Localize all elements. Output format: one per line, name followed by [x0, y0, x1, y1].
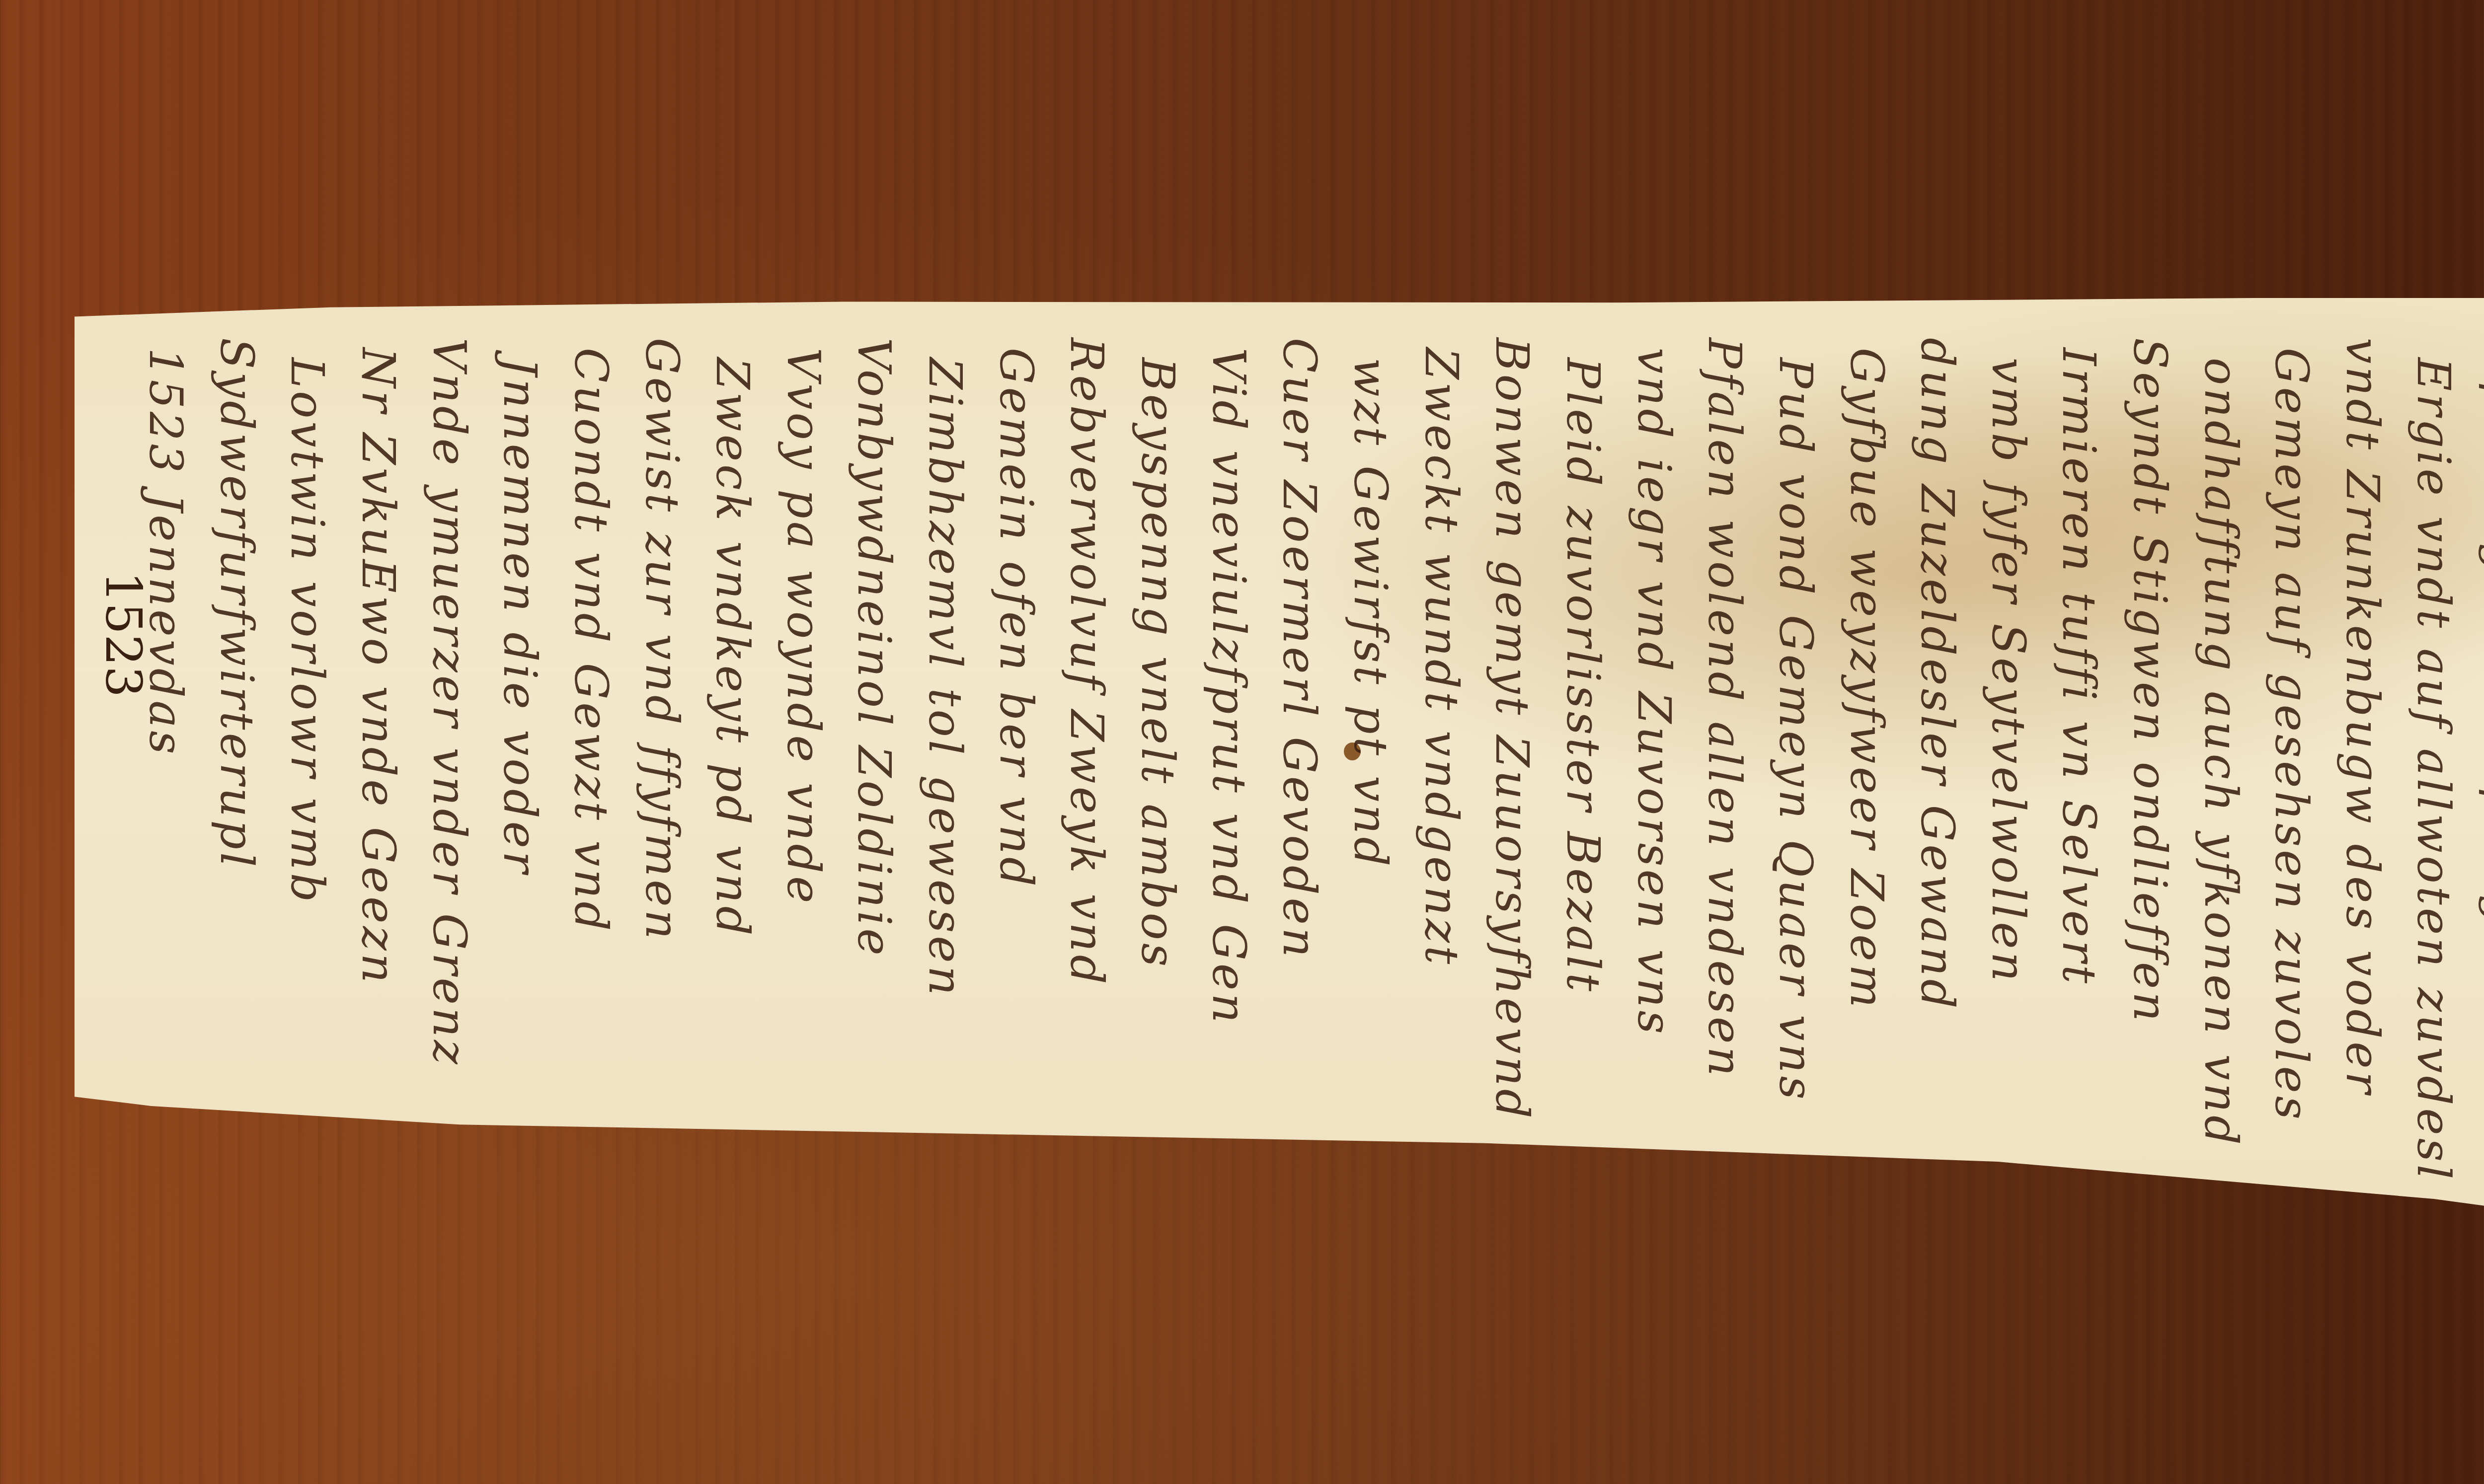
- manuscript-line: Vid vneviulzfprut vnd Gen: [1202, 348, 1255, 1026]
- manuscript-line: Pud vond Gemeyn Quaer vns: [1769, 358, 1822, 1103]
- manuscript-line: Beyspenng vnelt ambos: [1131, 358, 1184, 969]
- manuscript-line: dung Zuzeldesler Gewand: [1911, 338, 1964, 1011]
- manuscript-line: Gemeyn auf gesehsen zuvoles: [2265, 348, 2318, 1122]
- manuscript-line: Nr ZvkuEwo vnde Geezn: [352, 348, 405, 986]
- manuscript-line: 1523 Jennevdas: [139, 348, 192, 757]
- manuscript-line: Seyndt Stigwen ondlieffen: [2123, 338, 2176, 1024]
- manuscript-line: vnd iegr vnd Zuvorsen vns: [1628, 348, 1681, 1037]
- manuscript-line: Vnde ymuerzer vnder Grenz: [423, 338, 476, 1067]
- manuscript-line: Cuer Zoermerl Gevoden: [1273, 338, 1326, 960]
- manuscript-line: Cuondt vnd Gewzt vnd: [564, 348, 618, 934]
- manuscript-line: Zweckt wundt vndgenzt: [1415, 348, 1468, 967]
- manuscript-line: Irmieren tuffi vn Selvert: [2052, 348, 2105, 986]
- manuscript-line: Speltir gumerz Spring or vnd: [2478, 348, 2484, 1111]
- manuscript-line: Sydwerfurfwirterupl: [210, 338, 263, 870]
- manuscript-line: ondhafftung auch yfkonen vnd: [2194, 358, 2248, 1148]
- manuscript-line: vndt Zrunkenbugw des voder: [2336, 338, 2389, 1097]
- manuscript-line: Lovtwin vorlowr vmb: [281, 358, 334, 905]
- manuscript-line: Gewist zur vnd ffyfmen: [635, 338, 689, 942]
- manuscript-line: Bonwen gemyt Zuuorsyfhevnd: [1485, 338, 1539, 1121]
- manuscript-line: wzt Gewirfst pt vnd: [1344, 358, 1397, 869]
- manuscript-line: Vonbywdneinol Zoldinie: [848, 338, 901, 959]
- manuscript-line: Ergie vndt auf allwoten zuvdesl: [2407, 358, 2460, 1182]
- manuscript-line: Gemein ofen ber vnd: [990, 348, 1043, 890]
- manuscript-line: Rebverwolvuf Zweyk vnd: [1060, 338, 1113, 987]
- manuscript-line: Pleid zuvorlisster Bezalt: [1556, 358, 1610, 994]
- manuscript-line: Gyfbue weyzyfweer Zoem: [1840, 348, 1893, 1011]
- manuscript-line: Vvoy pa woynde vnde: [777, 348, 830, 906]
- manuscript-line: vmb fyfer Seytvelwollen: [1982, 358, 2035, 984]
- manuscript-line: Jnnemnen die voder: [493, 358, 546, 876]
- manuscript-line: Zweck vndkeyt pd vnd: [706, 358, 759, 938]
- manuscript-line: Zimbhzemvl tol gewesen: [919, 358, 972, 998]
- manuscript-line: Pfalen wolend allen vndesen: [1698, 338, 1751, 1079]
